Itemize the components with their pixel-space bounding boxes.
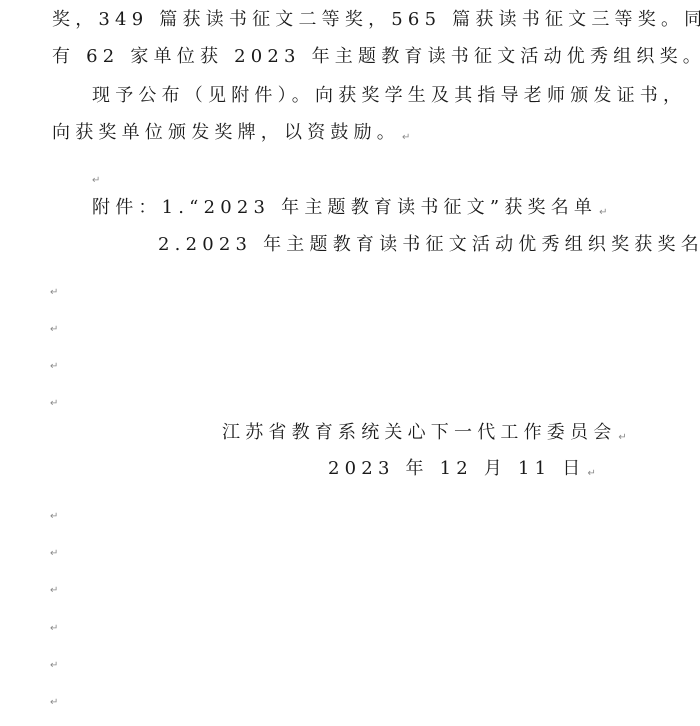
paragraph-mark-icon: ↵ — [50, 324, 58, 335]
paragraph-mark-icon: ↵ — [587, 463, 595, 485]
paragraph-mark-icon: ↵ — [50, 511, 58, 522]
paragraph-mark-icon: ↵ — [50, 623, 58, 634]
paragraph-mark-icon: ↵ — [599, 202, 607, 224]
attachment-item-1: 1.“2023 年主题教育读书征文”获奖名单 — [162, 197, 598, 218]
paragraph-mark-icon: ↵ — [92, 175, 100, 186]
body-line-2: 有 62 家单位获 2023 年主题教育读书征文活动优秀组织奖。↵ — [52, 46, 700, 73]
paragraph-mark-icon: ↵ — [50, 548, 58, 559]
signature-organization: 江苏省教育系统关心下一代工作委员会↵ — [222, 422, 627, 449]
organization-name: 江苏省教育系统关心下一代工作委员会 — [222, 422, 616, 443]
body-text: 奖，349 篇获读书征文二等奖，565 篇获读书征文三等奖。同时 — [52, 9, 700, 30]
body-text: 有 62 家单位获 2023 年主题教育读书征文活动优秀组织奖。 — [52, 46, 700, 67]
paragraph-mark-icon: ↵ — [618, 427, 626, 449]
empty-paragraph: ↵ — [50, 502, 58, 522]
paragraph-mark-icon: ↵ — [50, 660, 58, 671]
empty-paragraph: ↵ — [50, 352, 58, 372]
empty-paragraph: ↵ — [50, 539, 58, 559]
empty-paragraph: ↵ — [50, 389, 58, 409]
paragraph-mark-icon: ↵ — [50, 398, 58, 409]
paragraph-mark-icon: ↵ — [402, 127, 410, 149]
empty-paragraph: ↵ — [50, 614, 58, 634]
attachment-line-2: 2.2023 年主题教育读书征文活动优秀组织奖获奖名单↵ — [158, 234, 700, 261]
date-text: 2023 年 12 月 11 日 — [328, 458, 585, 479]
empty-paragraph: ↵ — [92, 166, 100, 186]
body-text: 现予公布（见附件）。向获奖学生及其指导老师颁发证书， — [92, 85, 686, 106]
empty-paragraph: ↵ — [50, 688, 58, 708]
empty-paragraph: ↵ — [50, 315, 58, 335]
attachment-item-2: 2.2023 年主题教育读书征文活动优秀组织奖获奖名单 — [158, 234, 700, 255]
signature-date: 2023 年 12 月 11 日↵ — [328, 458, 596, 485]
body-text: 向获奖单位颁发奖牌，以资鼓励。 — [52, 122, 400, 143]
paragraph-mark-icon: ↵ — [50, 585, 58, 596]
attachment-label: 附件： — [92, 197, 162, 218]
attachment-line-1: 附件：1.“2023 年主题教育读书征文”获奖名单↵ — [92, 197, 608, 224]
paragraph-mark-icon: ↵ — [50, 361, 58, 372]
body-line-4: 向获奖单位颁发奖牌，以资鼓励。↵ — [52, 122, 410, 149]
empty-paragraph: ↵ — [50, 651, 58, 671]
paragraph-mark-icon: ↵ — [50, 697, 58, 708]
paragraph-mark-icon: ↵ — [50, 287, 58, 298]
body-line-1: 奖，349 篇获读书征文二等奖，565 篇获读书征文三等奖。同时 — [52, 9, 700, 31]
empty-paragraph: ↵ — [50, 278, 58, 298]
body-line-3: 现予公布（见附件）。向获奖学生及其指导老师颁发证书， — [92, 85, 686, 107]
empty-paragraph: ↵ — [50, 576, 58, 596]
